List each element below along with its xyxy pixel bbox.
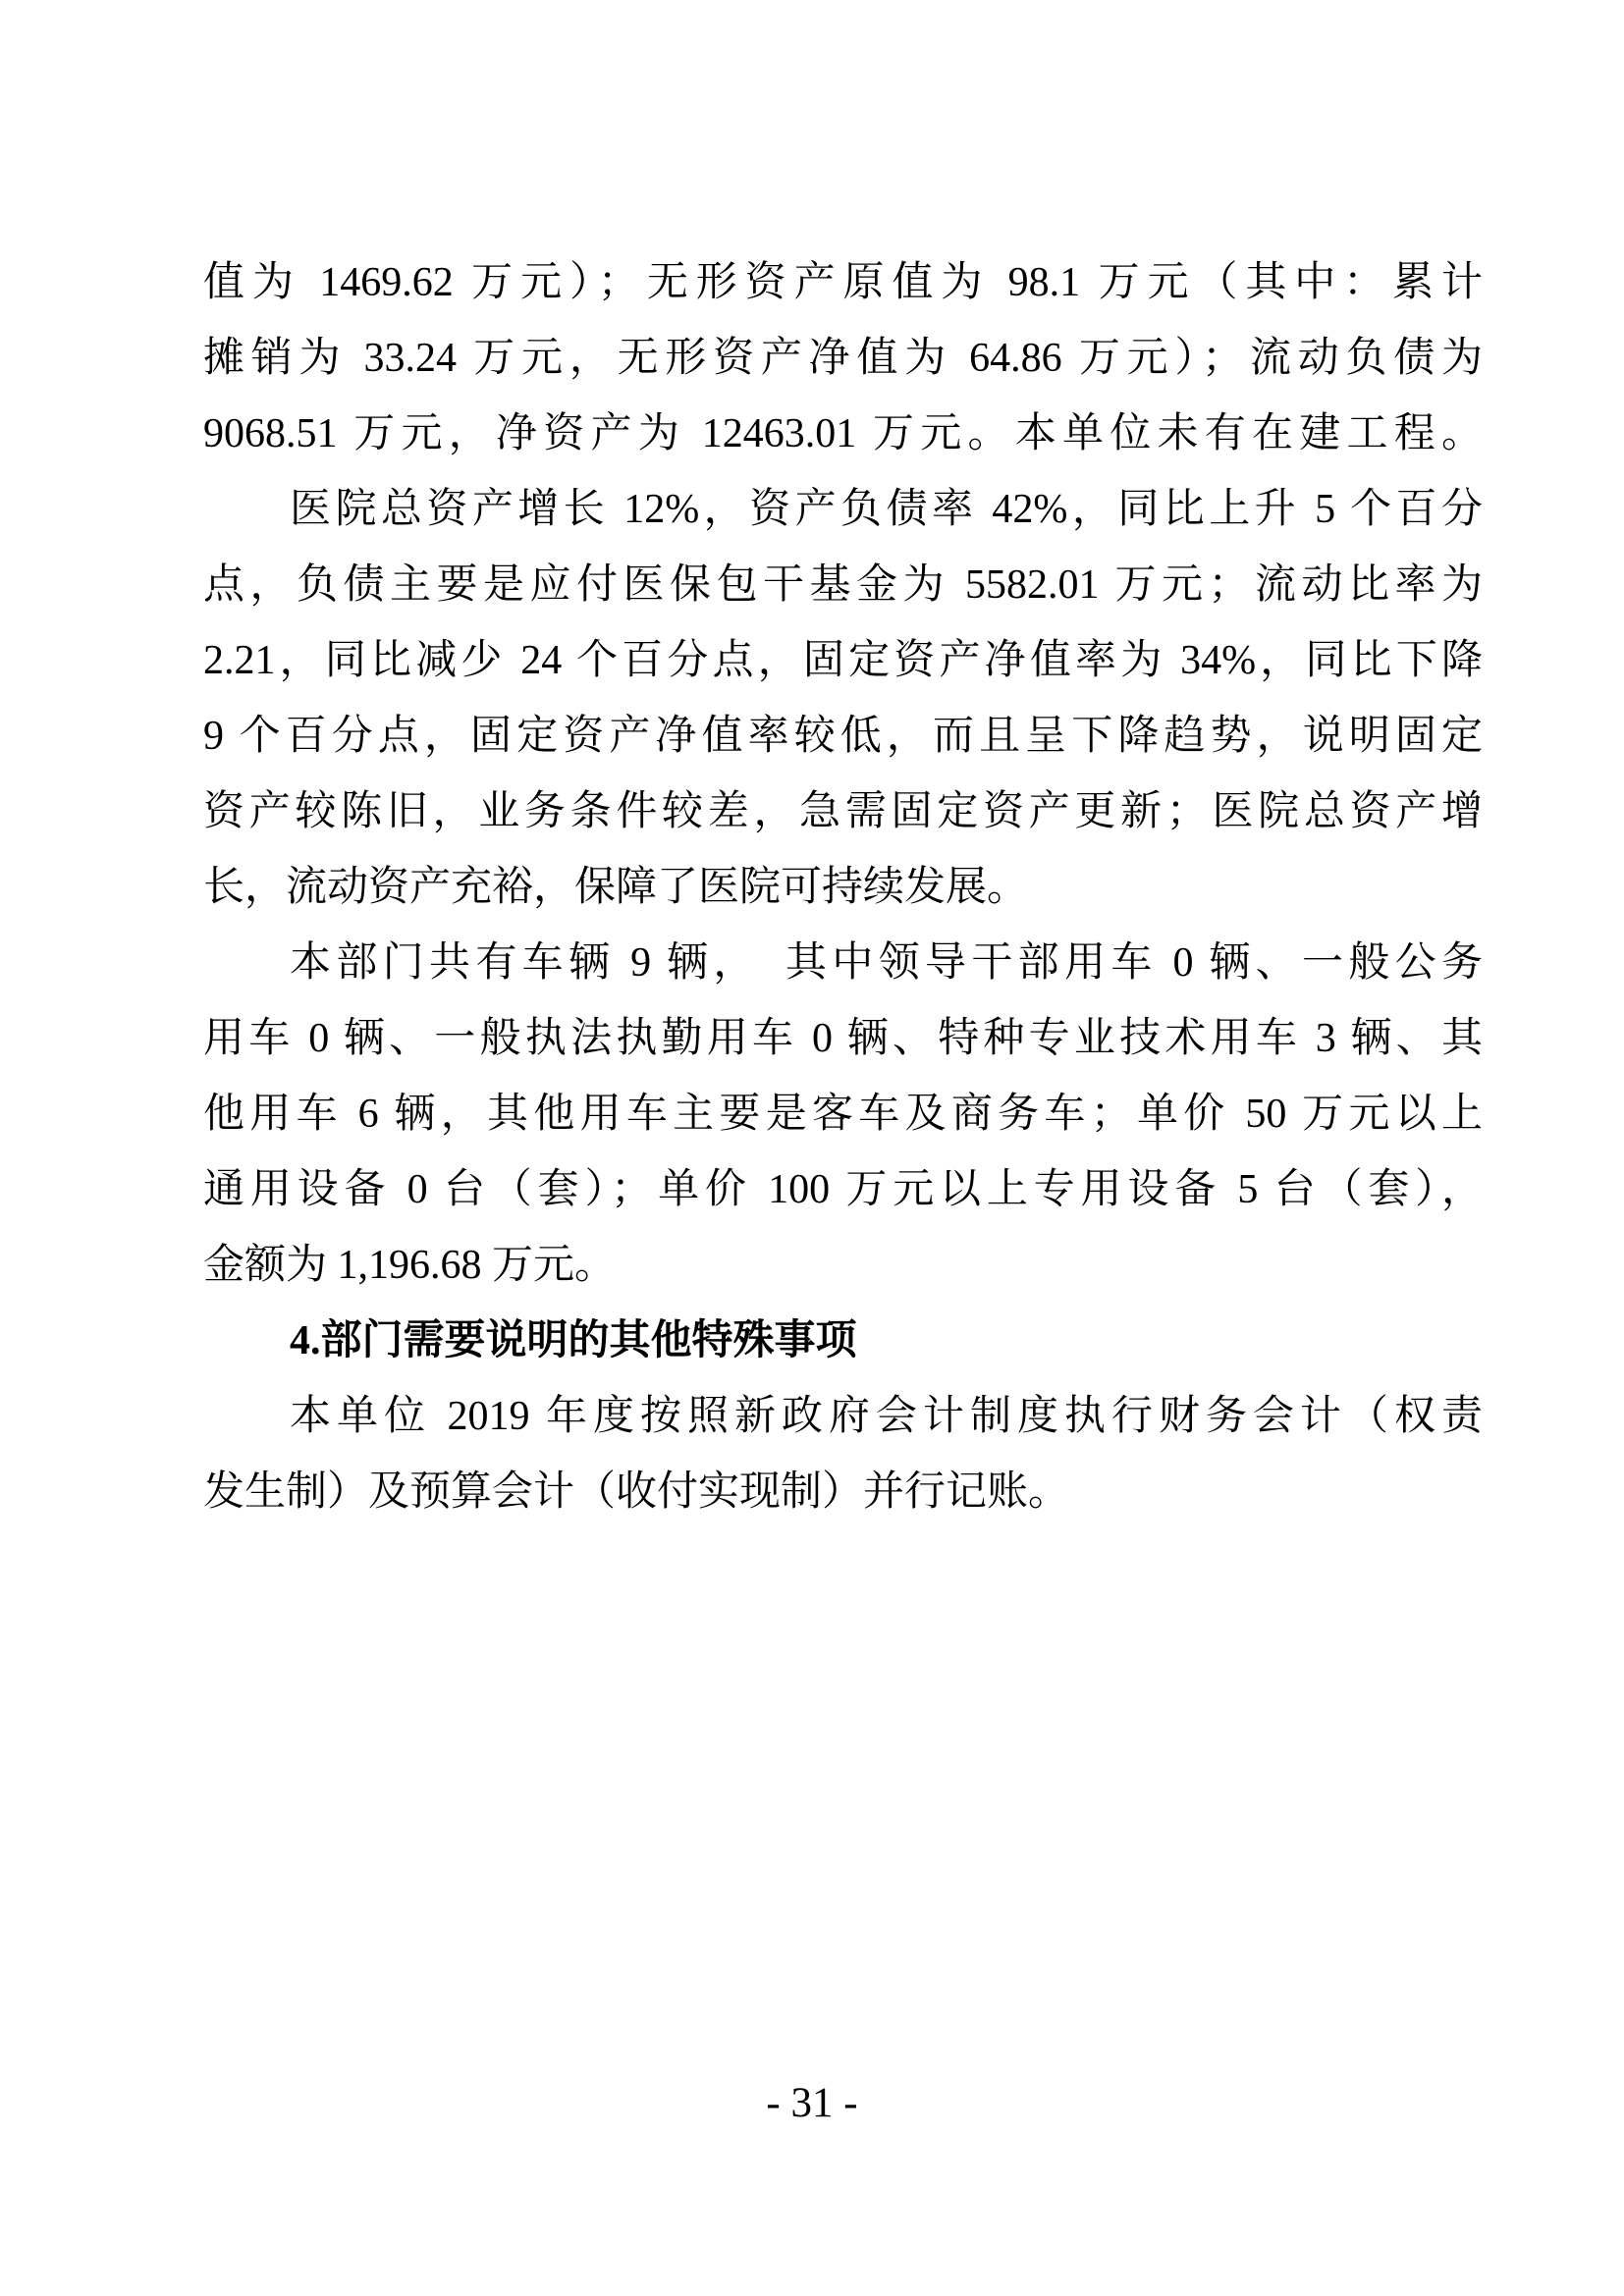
text-line: 摊销为 33.24 万元，无形资产净值为 64.86 万元）；流动负债为 [203,321,1483,397]
text-line: 金额为 1,196.68 万元。 [203,1228,1483,1304]
text-line: 他用车 6 辆，其他用车主要是客车及商务车；单价 50 万元以上 [203,1077,1483,1152]
text-line: 本单位 2019 年度按照新政府会计制度执行财务会计（权责 [203,1379,1483,1455]
text-line: 2.21，同比减少 24 个百分点，固定资产净值率为 34%，同比下降 [203,623,1483,699]
document-page: 值为 1469.62 万元）；无形资产原值为 98.1 万元（其中：累计 摊销为… [0,0,1624,2296]
text-line: 发生制）及预算会计（收付实现制）并行记账。 [203,1455,1483,1530]
text-line: 9068.51 万元，净资产为 12463.01 万元。本单位未有在建工程。 [203,397,1483,472]
text-line: 通用设备 0 台（套）；单价 100 万元以上专用设备 5 台（套）， [203,1152,1483,1228]
section-heading: 4.部门需要说明的其他特殊事项 [203,1304,1483,1379]
text-line: 本部门共有车辆 9 辆， 其中领导干部用车 0 辆、一般公务 [203,926,1483,1001]
text-line: 用车 0 辆、一般执法执勤用车 0 辆、特种专业技术用车 3 辆、其 [203,1001,1483,1077]
text-line: 医院总资产增长 12%，资产负债率 42%，同比上升 5 个百分 [203,472,1483,548]
page-number: - 31 - [0,2081,1624,2126]
text-line: 长，流动资产充裕，保障了医院可持续发展。 [203,850,1483,926]
text-block: 值为 1469.62 万元）；无形资产原值为 98.1 万元（其中：累计 摊销为… [203,245,1483,1530]
text-line: 值为 1469.62 万元）；无形资产原值为 98.1 万元（其中：累计 [203,245,1483,321]
text-line: 资产较陈旧，业务条件较差，急需固定资产更新；医院总资产增 [203,774,1483,850]
text-line: 点，负债主要是应付医保包干基金为 5582.01 万元；流动比率为 [203,548,1483,623]
text-line: 9 个百分点，固定资产净值率较低，而且呈下降趋势，说明固定 [203,699,1483,774]
